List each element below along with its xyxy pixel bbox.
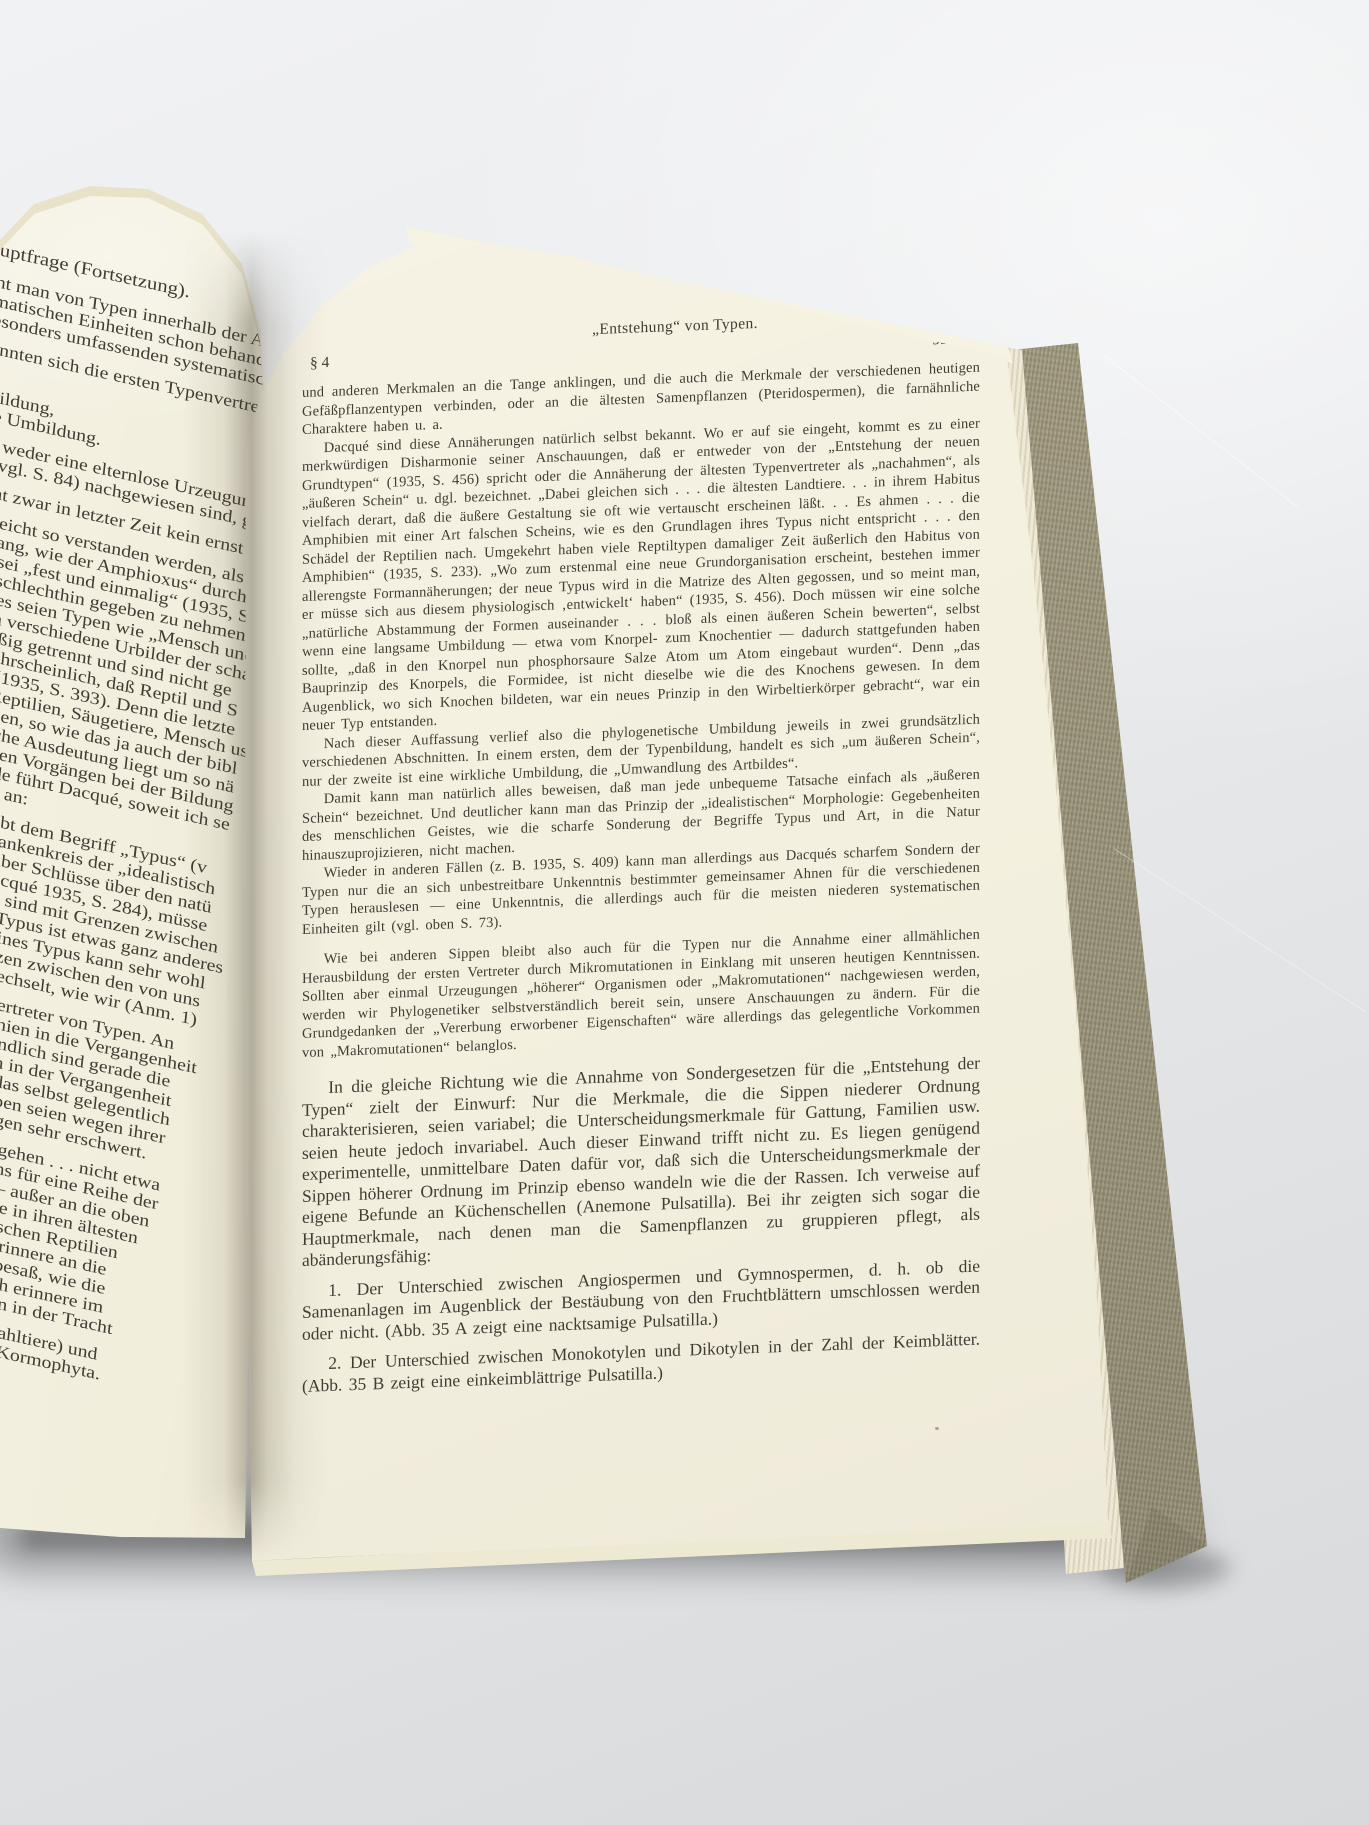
book-photo: auptfrage (Fortsetzung).cht man von Type… — [0, 0, 1369, 1825]
petit-paragraph: Wie bei anderen Sippen bleibt also auch … — [302, 926, 980, 1062]
body-paragraph: In die gleiche Richtung wie die Annahme … — [302, 1053, 980, 1272]
petit-paragraph: Dacqué sind diese Annäherungen natürlich… — [302, 414, 980, 735]
surface-scratch — [1114, 848, 1366, 1012]
surface-scratch — [1101, 353, 1299, 508]
gutter-shadow — [183, 232, 329, 1562]
right-page-text: „Entstehung“ von Typen. § 4 93 und ander… — [302, 307, 980, 1397]
dust-speck — [935, 1427, 939, 1430]
petit-block: und anderen Merkmalen an die Tange ankli… — [302, 359, 980, 1062]
body-block: In die gleiche Richtung wie die Annahme … — [302, 1053, 980, 1397]
